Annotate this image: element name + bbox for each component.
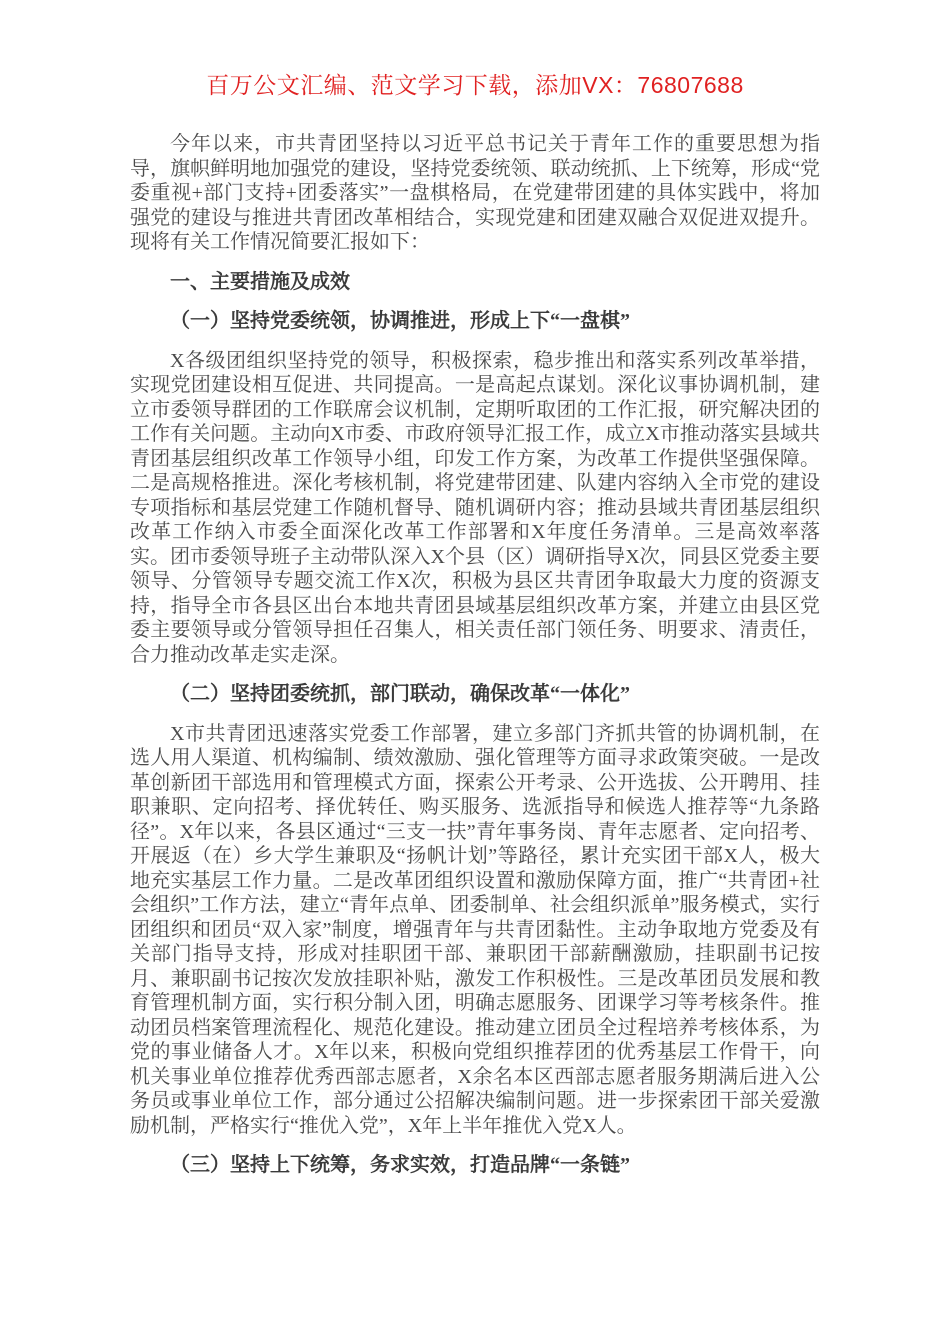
paragraph-intro: 今年以来，市共青团坚持以习近平总书记关于青年工作的重要思想为指导，旗帜鲜明地加强… xyxy=(130,132,820,255)
paragraph-subsection-2: X市共青团迅速落实党委工作部署，建立多部门齐抓共管的协调机制，在选人用人渠道、机… xyxy=(130,722,820,1139)
subsection-heading-2: （二）坚持团委统抓，部门联动，确保改革“一体化” xyxy=(130,682,820,707)
document-page: 百万公文汇编、范文学习下载，添加VX：76807688 今年以来，市共青团坚持以… xyxy=(0,0,950,1344)
document-body: 今年以来，市共青团坚持以习近平总书记关于青年工作的重要思想为指导，旗帜鲜明地加强… xyxy=(130,132,820,1178)
paragraph-subsection-1: X各级团组织坚持党的领导，积极探索，稳步推出和落实系列改革举措，实现党团建设相互… xyxy=(130,349,820,668)
subsection-heading-3: （三）坚持上下统筹，务求实效，打造品牌“一条链” xyxy=(130,1153,820,1178)
subsection-heading-1: （一）坚持党委统领，协调推进，形成上下“一盘棋” xyxy=(130,309,820,334)
promo-banner-text: 百万公文汇编、范文学习下载，添加VX：76807688 xyxy=(0,70,950,100)
section-heading-main-measures: 一、主要措施及成效 xyxy=(130,270,820,295)
